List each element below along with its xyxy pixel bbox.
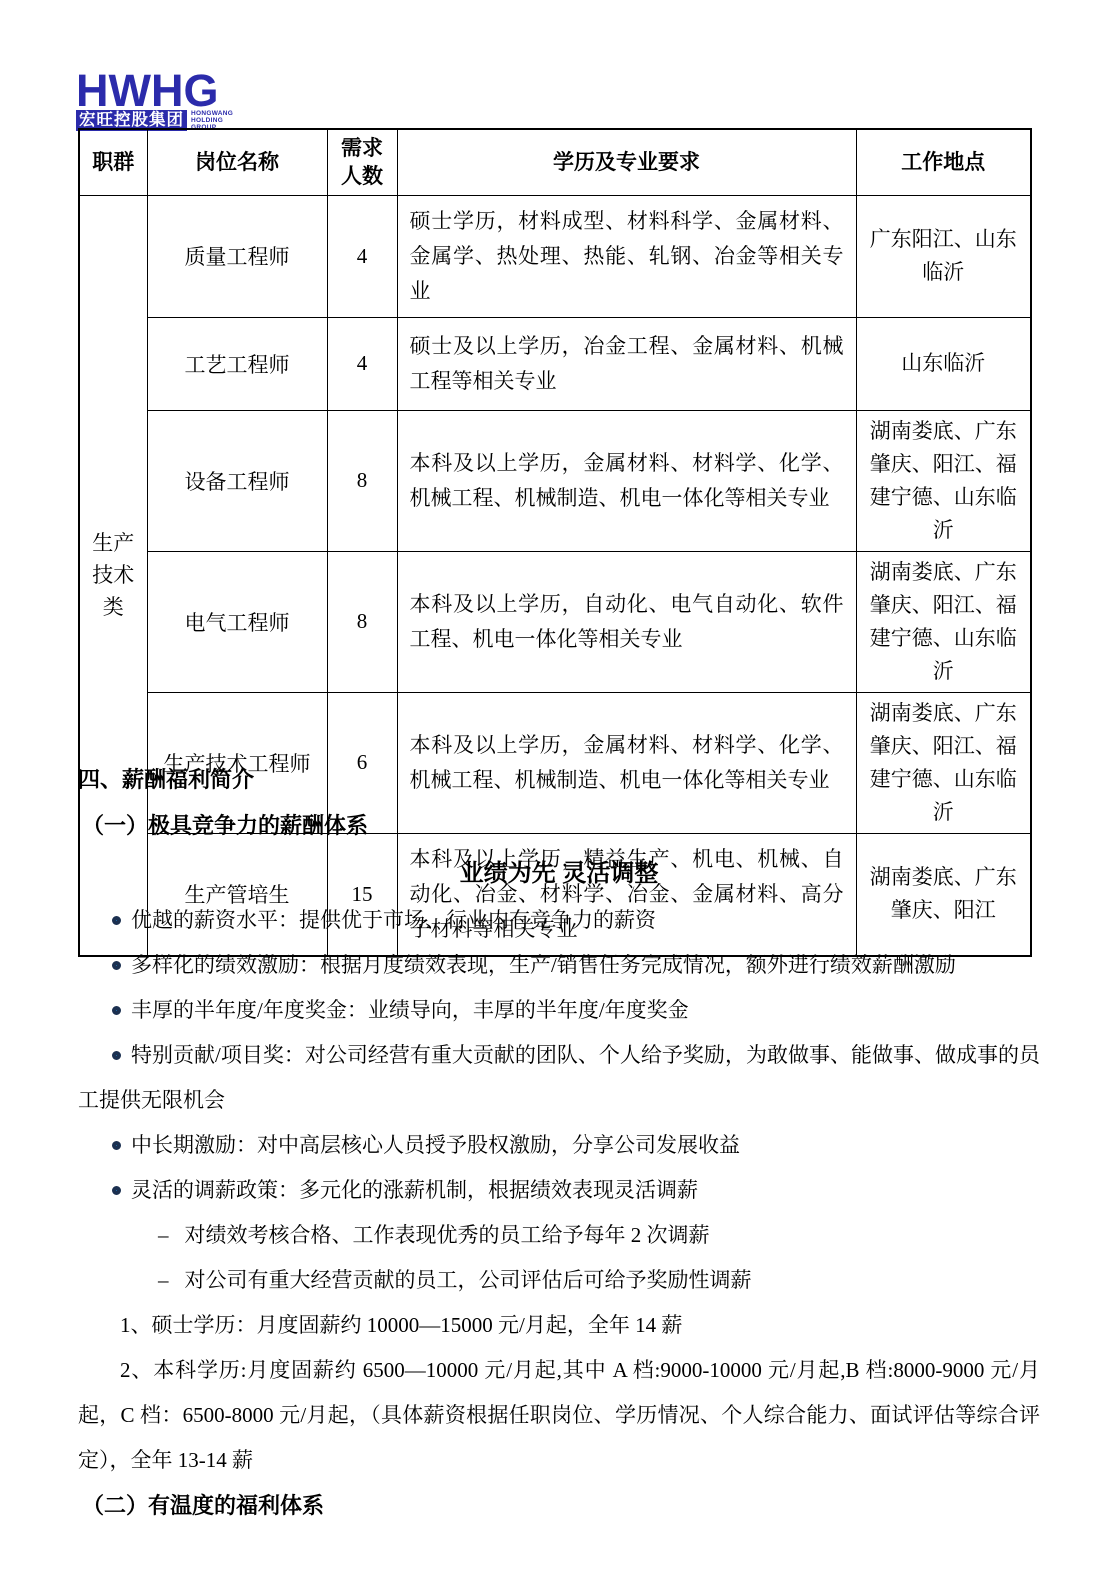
position-cell: 工艺工程师 [147, 317, 327, 410]
table-header-row: 职群 岗位名称 需求人数 学历及专业要求 工作地点 [79, 129, 1031, 195]
dash-icon: – [118, 1213, 169, 1258]
table-row: 设备工程师 8 本科及以上学历，金属材料、材料学、化学、机械工程、机械制造、机电… [79, 410, 1031, 551]
header-position: 岗位名称 [147, 129, 327, 195]
requirements-cell: 本科及以上学历，自动化、电气自动化、软件工程、机电一体化等相关专业 [397, 551, 856, 692]
table-row: 工艺工程师 4 硕士及以上学历，冶金工程、金属材料、机械工程等相关专业 山东临沂 [79, 317, 1031, 410]
header-group: 职群 [79, 129, 147, 195]
document-page: HWHG 宏旺控股集团 HONGWANG HOLDING GROUP 职群 岗位… [0, 0, 1112, 1576]
location-cell: 湖南娄底、广东肇庆、阳江、福建宁德、山东临沂 [856, 410, 1031, 551]
bullet-item: 多样化的绩效激励：根据月度绩效表现，生产/销售任务完成情况，额外进行绩效薪酬激励 [78, 943, 1040, 988]
subsection-title-2: （二）有温度的福利体系 [82, 1483, 1040, 1528]
location-cell: 山东临沂 [856, 317, 1031, 410]
salary-benefits-section: 四、薪酬福利简介 （一）极具竞争力的薪酬体系 业绩为先 灵活调整 优越的薪资水平… [78, 758, 1040, 1528]
count-cell: 8 [327, 410, 397, 551]
bullet-text: 中长期激励：对中高层核心人员授予股权激励，分享公司发展收益 [131, 1133, 740, 1157]
bullet-item: 中长期激励：对中高层核心人员授予股权激励，分享公司发展收益 [78, 1123, 1040, 1168]
requirements-cell: 硕士及以上学历，冶金工程、金属材料、机械工程等相关专业 [397, 317, 856, 410]
bullet-icon [112, 1051, 121, 1060]
position-cell: 质量工程师 [147, 195, 327, 317]
bullet-icon [112, 1006, 121, 1015]
bullet-item: 优越的薪资水平：提供优于市场、行业内有竞争力的薪资 [78, 898, 1040, 943]
position-cell: 设备工程师 [147, 410, 327, 551]
bullet-text: 优越的薪资水平：提供优于市场、行业内有竞争力的薪资 [131, 908, 656, 932]
requirements-cell: 硕士学历，材料成型、材料科学、金属材料、金属学、热处理、热能、轧钢、冶金等相关专… [397, 195, 856, 317]
position-cell: 电气工程师 [147, 551, 327, 692]
header-requirements: 学历及专业要求 [397, 129, 856, 195]
bullet-item: 灵活的调薪政策：多元化的涨薪机制，根据绩效表现灵活调薪 [78, 1168, 1040, 1213]
dash-icon: – [118, 1258, 169, 1303]
bullet-item: 特别贡献/项目奖：对公司经营有重大贡献的团队、个人给予奖励，为敢做事、能做事、做… [78, 1033, 1040, 1123]
bullet-text: 灵活的调薪政策：多元化的涨薪机制，根据绩效表现灵活调薪 [131, 1178, 698, 1202]
bullet-text: 丰厚的半年度/年度奖金：业绩导向，丰厚的半年度/年度奖金 [131, 998, 689, 1022]
header-location: 工作地点 [856, 129, 1031, 195]
count-cell: 8 [327, 551, 397, 692]
table-row: 生产技术类 质量工程师 4 硕士学历，材料成型、材料科学、金属材料、金属学、热处… [79, 195, 1031, 317]
dash-text: 对绩效考核合格、工作表现优秀的员工给予每年 2 次调薪 [185, 1223, 710, 1247]
dash-item: –对公司有重大经营贡献的员工，公司评估后可给予奖励性调薪 [78, 1258, 1040, 1303]
company-logo: HWHG 宏旺控股集团 HONGWANG HOLDING GROUP [76, 74, 276, 131]
bullet-text: 多样化的绩效激励：根据月度绩效表现，生产/销售任务完成情况，额外进行绩效薪酬激励 [131, 953, 956, 977]
header-count: 需求人数 [327, 129, 397, 195]
dash-item: –对绩效考核合格、工作表现优秀的员工给予每年 2 次调薪 [78, 1213, 1040, 1258]
slogan: 业绩为先 灵活调整 [78, 850, 1040, 898]
section-title: 四、薪酬福利简介 [78, 758, 1040, 802]
subsection-title-1: （一）极具竞争力的薪酬体系 [82, 802, 1040, 850]
numbered-item: 1、硕士学历：月度固薪约 10000—15000 元/月起，全年 14 薪 [78, 1303, 1040, 1348]
dash-text: 对公司有重大经营贡献的员工，公司评估后可给予奖励性调薪 [185, 1268, 752, 1292]
logo-acronym: HWHG [76, 74, 276, 108]
location-cell: 广东阳江、山东临沂 [856, 195, 1031, 317]
bullet-icon [112, 1186, 121, 1195]
numbered-item: 2、本科学历:月度固薪约 6500—10000 元/月起,其中 A 档:9000… [78, 1348, 1040, 1483]
count-cell: 4 [327, 195, 397, 317]
table-row: 电气工程师 8 本科及以上学历，自动化、电气自动化、软件工程、机电一体化等相关专… [79, 551, 1031, 692]
requirements-cell: 本科及以上学历，金属材料、材料学、化学、机械工程、机械制造、机电一体化等相关专业 [397, 410, 856, 551]
count-cell: 4 [327, 317, 397, 410]
logo-en-line1: HONGWANG [191, 110, 233, 117]
logo-en-line2: HOLDING [191, 117, 233, 124]
bullet-text: 特别贡献/项目奖：对公司经营有重大贡献的团队、个人给予奖励，为敢做事、能做事、做… [78, 1043, 1040, 1112]
bullet-item: 丰厚的半年度/年度奖金：业绩导向，丰厚的半年度/年度奖金 [78, 988, 1040, 1033]
bullet-icon [112, 916, 121, 925]
bullet-icon [112, 1141, 121, 1150]
bullet-icon [112, 961, 121, 970]
location-cell: 湖南娄底、广东肇庆、阳江、福建宁德、山东临沂 [856, 551, 1031, 692]
